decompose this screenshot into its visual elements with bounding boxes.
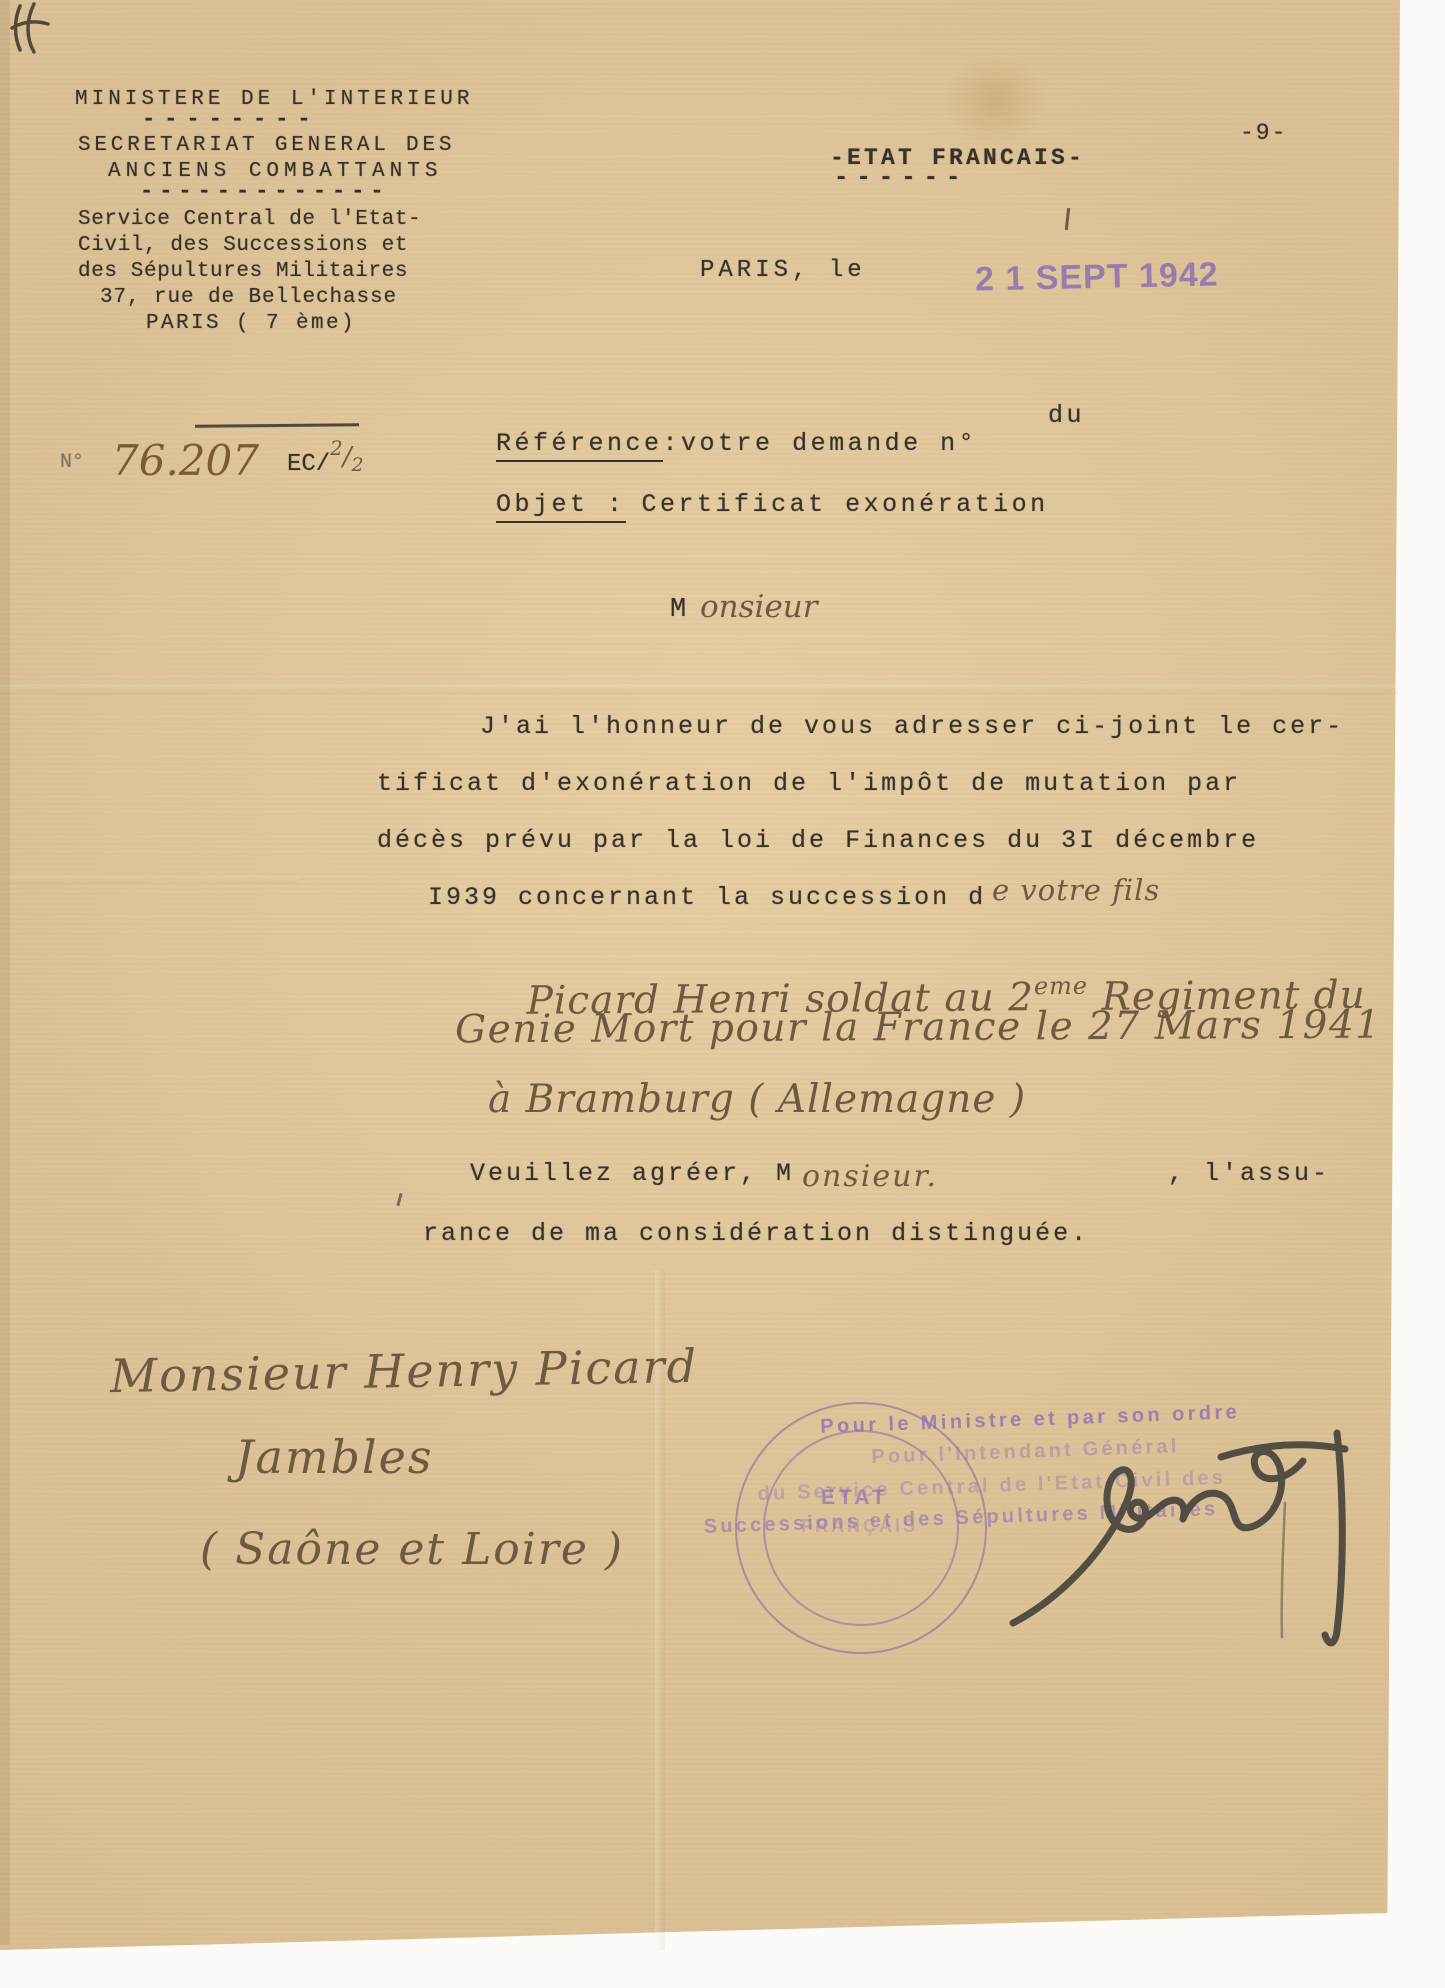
body-line: tificat d'exonération de l'impôt de muta… [377, 770, 1241, 798]
dateline: PARIS, le [700, 258, 866, 284]
recipient-town: Jambles [235, 1434, 433, 1480]
object-text: Certificat exonération [642, 490, 1049, 519]
letterhead-city-line: PARIS ( 7 ème) [146, 312, 356, 335]
entry-line3: à Bramburg ( Allemagne ) [488, 1080, 1026, 1119]
cursive-ink-signature [985, 1405, 1385, 1675]
salutation-handwritten: onsieur [700, 592, 818, 623]
recipient-department: ( Saône et Loire ) [200, 1528, 624, 1572]
reference-suffix: du [1048, 402, 1085, 430]
closing-typed-end: , l'assu- [1168, 1160, 1330, 1188]
fraction-denominator: 2 [352, 454, 364, 476]
file-code-fraction: 2/2 [330, 438, 364, 475]
letterhead-service-line: Service Central de l'Etat- [78, 208, 421, 231]
letterhead-service-line: Civil, des Successions et [78, 234, 408, 257]
letterhead-divider: ------------- [140, 180, 390, 204]
date-stamp: 2 1 SEPT 1942 [975, 255, 1219, 299]
reference-label: Référence [496, 429, 663, 462]
page-number: -9- [1240, 121, 1287, 146]
closing-typed-start: Veuillez agréer, M [470, 1160, 794, 1188]
body-line: J'ai l'honneur de vous adresser ci-joint… [480, 713, 1344, 741]
letterhead-address-line: 37, rue de Bellechasse [100, 286, 397, 309]
salutation-typed: M [670, 596, 686, 626]
closing-line2: rance de ma considération distinguée. [423, 1220, 1089, 1248]
file-code: EC/ [287, 452, 330, 478]
entry-line1-superscript: eme [1034, 972, 1088, 1000]
recipient-name: Monsieur Henry Picard [110, 1343, 699, 1399]
object-line: Objet :Certificat exonération [422, 463, 1049, 546]
reference-text: :votre demande n° [663, 429, 978, 458]
letterhead-secretariat-line1: SECRETARIAT GENERAL DES [78, 134, 455, 157]
fraction-numerator: 2 [330, 436, 343, 460]
file-number-label: N° [60, 452, 84, 474]
state-title-underline: ------ [834, 166, 968, 192]
closing-handwritten: onsieur. [802, 1162, 938, 1192]
letterhead-divider: -------- [142, 108, 320, 132]
file-number-value: 76.207 [112, 440, 259, 482]
entry-line2: Genie Mort pour la France le 27 Mars 194… [455, 1006, 1382, 1050]
letterhead-service-line: des Sépultures Militaires [78, 260, 408, 283]
object-label: Objet : [496, 490, 626, 523]
fraction-slash: / [343, 442, 352, 472]
body-line: décès prévu par la loi de Finances du 3I… [377, 827, 1259, 855]
body-handwritten-inline: e votre fils [992, 876, 1160, 905]
scanned-letter: MINISTERE DE L'INTERIEUR -------- SECRET… [0, 0, 1445, 1988]
body-line: I939 concernant la succession d [428, 884, 986, 912]
ink-squiggle-mark [4, 0, 60, 58]
